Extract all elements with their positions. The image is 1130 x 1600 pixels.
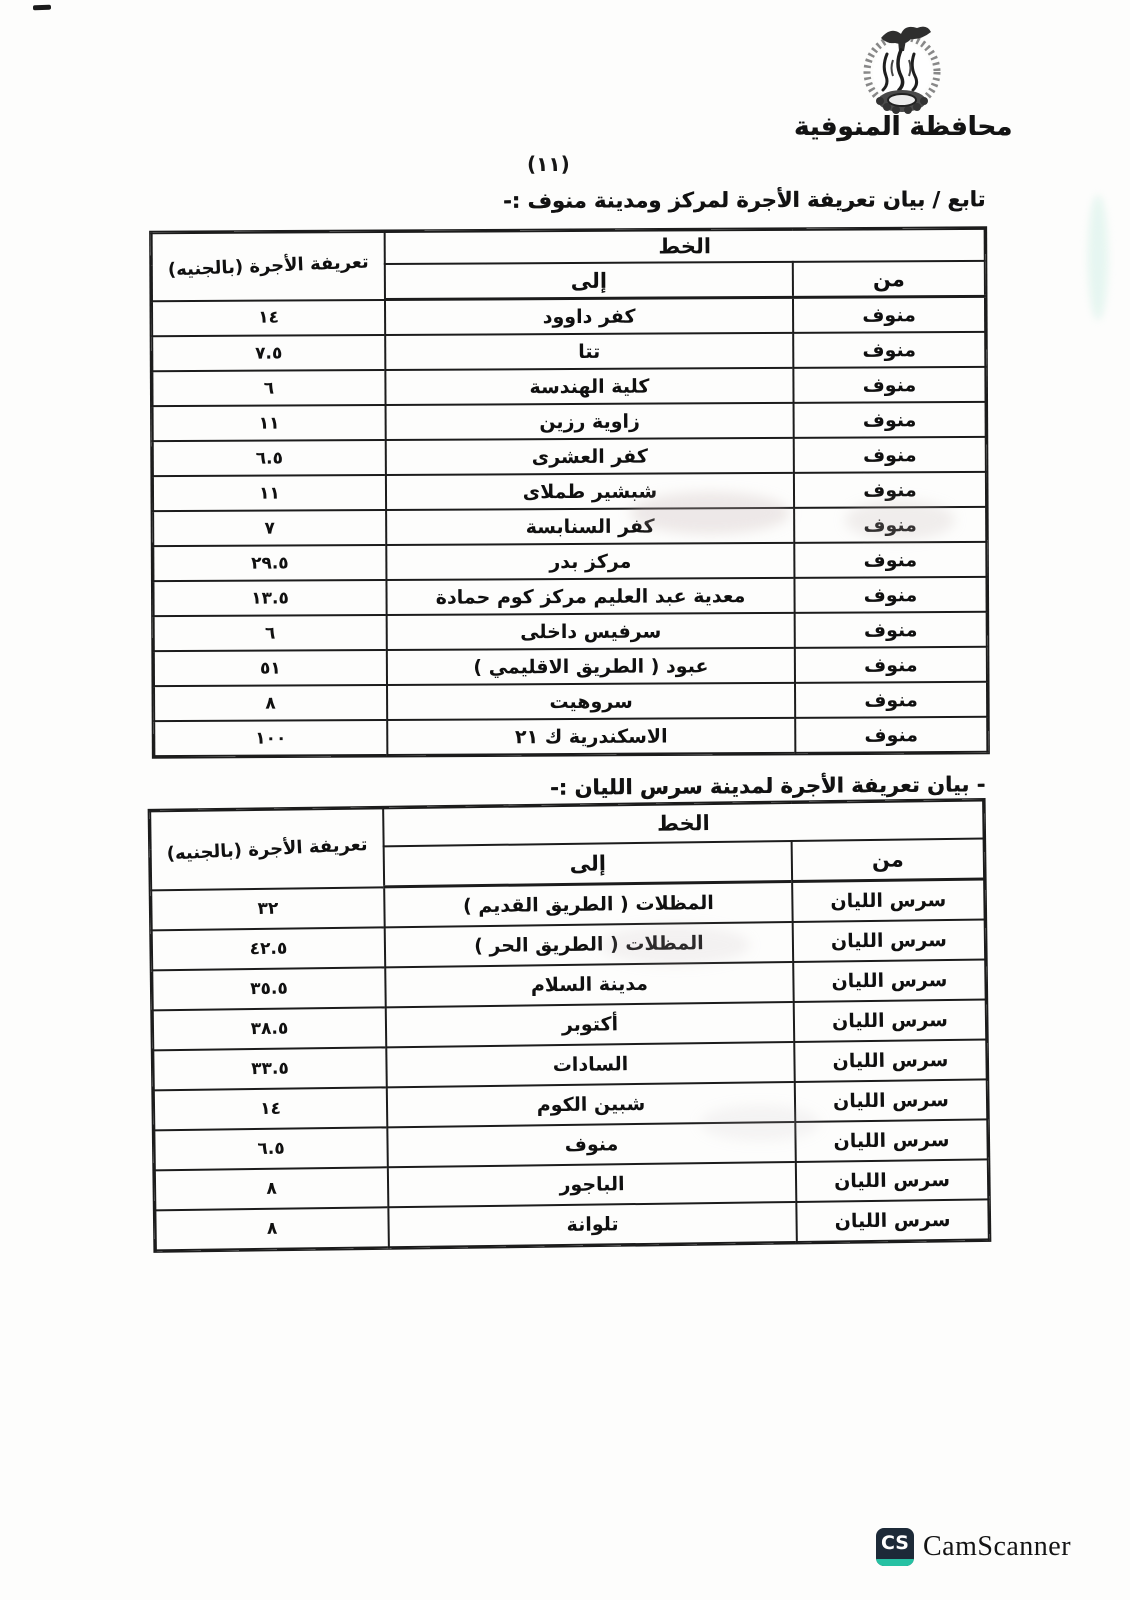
camscanner-brand-text: CamScanner [923, 1531, 1071, 1563]
from-cell: سرس الليان [795, 1119, 988, 1162]
from-cell: سرس الليان [796, 1159, 989, 1202]
to-cell: المظلات ( الطريق القديم ) [384, 881, 792, 927]
from-cell: سرس الليان [793, 959, 986, 1002]
line-header-cell: الخط [385, 229, 985, 264]
from-header-cell: من [793, 261, 985, 298]
to-cell: مدينة السلام [385, 962, 793, 1007]
from-cell: منوف [795, 612, 987, 648]
to-cell: السادات [386, 1042, 794, 1087]
scanned-document-page: محافظة المنوفية (١١) تابع / بيان تعريفة … [0, 0, 1130, 1600]
to-cell: كفر السنابسة [386, 508, 794, 545]
fare-table-body: سرس الليانالمظلات ( الطريق القديم )٣٢سرس… [151, 879, 989, 1250]
fare-row: منوفكفر السنابسة٧ [153, 507, 986, 546]
fare-cell: ١٤ [154, 1087, 388, 1130]
from-cell: سرس الليان [794, 1039, 987, 1082]
to-cell: كلية الهندسة [385, 368, 793, 405]
from-cell: منوف [795, 647, 987, 683]
camscanner-watermark: CS CamScanner [876, 1528, 1071, 1566]
to-cell: تتا [385, 333, 793, 370]
fare-cell: ١٣.٥ [153, 580, 386, 616]
from-cell: سرس الليان [793, 919, 986, 962]
to-cell: أكتوبر [386, 1002, 794, 1047]
fare-cell: ٨ [155, 1167, 389, 1210]
to-cell: معدية عبد العليم مركز كوم حمادة [386, 578, 794, 615]
from-cell: منوف [793, 332, 985, 368]
fare-row: منوفعبود ( الطريق الاقليمي )٥١ [154, 647, 987, 686]
from-cell: منوف [794, 402, 986, 438]
fare-row: منوفمعدية عبد العليم مركز كوم حمادة١٣.٥ [153, 577, 986, 616]
from-cell: سرس الليان [794, 999, 987, 1042]
from-header-cell: من [792, 838, 985, 881]
fare-row: منوفتتا٧.٥ [152, 332, 985, 371]
from-cell: منوف [793, 367, 985, 403]
fare-cell: ١١ [153, 405, 386, 441]
camscanner-icon-accent [876, 1559, 914, 1566]
camscanner-icon-label: CS [881, 1528, 909, 1558]
from-cell: سرس الليان [795, 1079, 988, 1122]
scan-corner-mark [33, 5, 51, 11]
fare-table-head: الخط تعريفة الأجرة (بالجنيه) من إلى [152, 229, 985, 301]
to-cell: مركز بدر [386, 543, 794, 580]
fare-row: منوفمركز بدر٢٩.٥ [153, 542, 986, 581]
from-cell: منوف [794, 542, 986, 578]
to-header-cell: إلى [384, 841, 792, 887]
fare-table-head: الخط تعريفة الأجرة (بالجنيه) من إلى [150, 800, 984, 889]
to-cell: كفر العشرى [386, 438, 794, 475]
fare-cell: ٣٥.٥ [152, 967, 386, 1010]
from-cell: منوف [794, 577, 986, 613]
fare-header-label: تعريفة الأجرة (بالجنيه) [167, 252, 369, 281]
fare-table-body: منوفكفر داوود١٤منوفتتا٧.٥منوفكلية الهندس… [152, 296, 987, 756]
to-cell: سرفيس داخلى [387, 613, 795, 650]
fare-table-sers-ellyan: الخط تعريفة الأجرة (بالجنيه) من إلى سرس … [149, 799, 990, 1251]
to-cell: الباجور [388, 1162, 796, 1207]
section2-heading: - بيان تعريفة الأجرة لمدينة سرس الليان :… [550, 772, 985, 799]
camscanner-icon: CS [876, 1528, 914, 1566]
to-header-cell: إلى [385, 262, 793, 300]
from-cell: منوف [794, 437, 986, 473]
scan-smudge [1088, 195, 1108, 320]
fare-cell: ٨ [154, 685, 387, 721]
fare-cell: ٤٢.٥ [152, 927, 386, 970]
page-number: (١١) [527, 152, 570, 176]
section1-heading: تابع / بيان تعريفة الأجرة لمركز ومدينة م… [503, 187, 985, 213]
fare-cell: ٧.٥ [152, 335, 385, 371]
from-cell: سرس الليان [796, 1199, 989, 1242]
from-cell: منوف [794, 472, 986, 508]
fare-cell: ٣٢ [151, 887, 385, 931]
fare-cell: ٦.٥ [153, 440, 386, 476]
fare-cell: ١٠٠ [154, 720, 387, 756]
fare-header-cell: تعريفة الأجرة (بالجنيه) [152, 232, 385, 301]
to-cell: تلوانة [388, 1202, 796, 1247]
fare-cell: ٦.٥ [154, 1127, 388, 1170]
to-cell: الاسكندرية ك ٢١ [387, 718, 795, 755]
fare-cell: ٨ [155, 1207, 389, 1250]
from-cell: منوف [793, 296, 985, 333]
fare-row: منوفالاسكندرية ك ٢١١٠٠ [154, 717, 987, 756]
fare-cell: ٦ [152, 370, 385, 406]
fare-row: منوفسرفيس داخلى٦ [154, 612, 987, 651]
from-cell: منوف [795, 682, 987, 718]
fare-cell: ٧ [153, 510, 386, 546]
to-cell: زاوية رزين [386, 403, 794, 440]
fare-table-menouf: الخط تعريفة الأجرة (بالجنيه) من إلى منوف… [151, 228, 989, 757]
to-cell: منوف [387, 1122, 795, 1167]
to-cell: شبشير طملاى [386, 473, 794, 510]
header-row-line: الخط تعريفة الأجرة (بالجنيه) [152, 229, 985, 265]
fare-row: منوفشبشير طملاى١١ [153, 472, 986, 511]
fare-table: الخط تعريفة الأجرة (بالجنيه) من إلى منوف… [151, 228, 989, 757]
to-cell: شبين الكوم [387, 1082, 795, 1127]
from-cell: منوف [795, 717, 987, 753]
fare-cell: ٣٨.٥ [153, 1007, 387, 1050]
fare-table: الخط تعريفة الأجرة (بالجنيه) من إلى سرس … [149, 799, 990, 1251]
fare-header-cell: تعريفة الأجرة (بالجنيه) [150, 808, 384, 890]
fare-row: منوفكلية الهندسة٦ [152, 367, 985, 406]
to-cell: سروهيت [387, 683, 795, 720]
fare-row: منوفكفر العشرى٦.٥ [153, 437, 986, 476]
from-cell: منوف [794, 507, 986, 543]
fare-cell: ٣٣.٥ [153, 1047, 387, 1090]
to-cell: عبود ( الطريق الاقليمي ) [387, 648, 795, 685]
governorate-title: محافظة المنوفية [788, 112, 1018, 142]
fare-row: منوفسروهيت٨ [154, 682, 987, 721]
to-cell: كفر داوود [385, 297, 793, 335]
fare-cell: ١١ [153, 475, 386, 511]
fare-row: منوفكفر داوود١٤ [152, 296, 985, 336]
from-cell: سرس الليان [792, 879, 985, 922]
fare-cell: ٦ [154, 615, 387, 651]
fare-header-label: تعريفة الأجرة (بالجنيه) [166, 834, 368, 865]
fare-row: منوفزاوية رزين١١ [153, 402, 986, 441]
fare-cell: ٢٩.٥ [153, 545, 386, 581]
to-cell: المظلات ( الطريق الحر ) [385, 922, 793, 967]
governorate-emblem-icon [843, 22, 961, 114]
fare-cell: ١٤ [152, 299, 385, 336]
fare-cell: ٥١ [154, 650, 387, 686]
